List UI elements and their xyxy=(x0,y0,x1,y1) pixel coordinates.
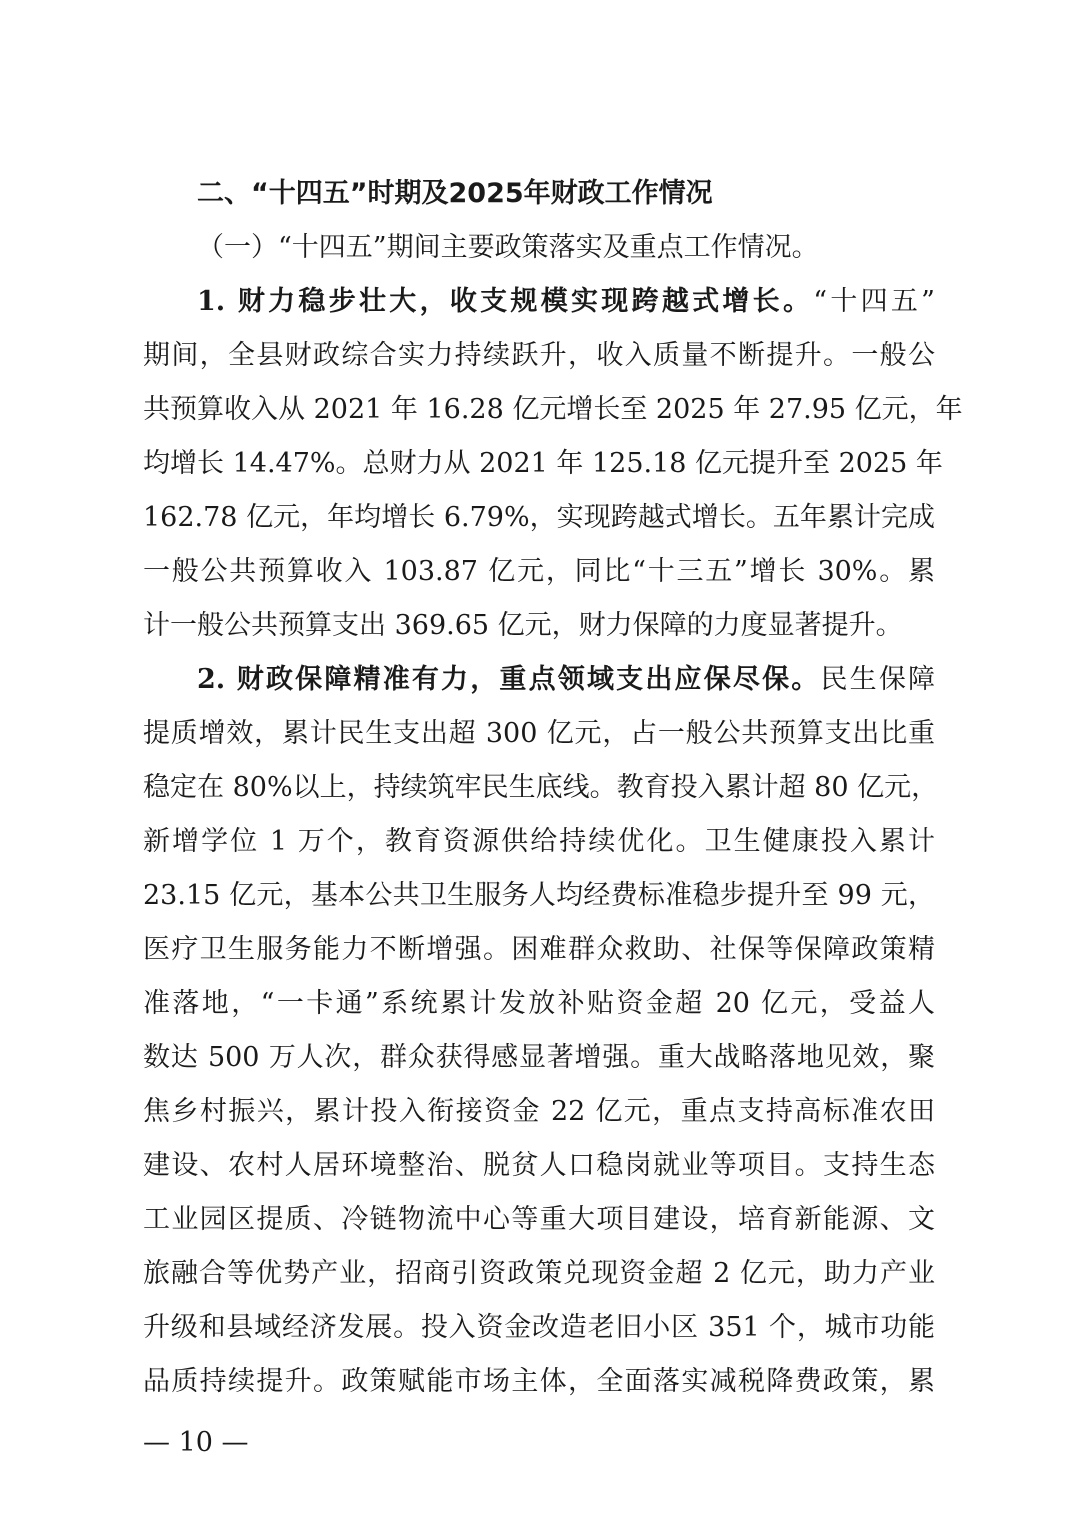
paragraph-2-line: 工业园区提质、冷链物流中心等重大项目建设，培育新能源、文 xyxy=(143,1193,935,1247)
subsection-heading: （一）“十四五”期间主要政策落实及重点工作情况。 xyxy=(197,221,935,275)
paragraph-2-line: 稳定在 80%以上，持续筑牢民生底线。教育投入累计超 80 亿元， xyxy=(143,761,935,815)
paragraph-2-line: 准落地，“一卡通”系统累计发放补贴资金超 20 亿元，受益人 xyxy=(143,977,935,1031)
paragraph-1-line: 期间，全县财政综合实力持续跃升，收入质量不断提升。一般公 xyxy=(143,329,935,383)
paragraph-1-line: 计一般公共预算支出 369.65 亿元，财力保障的力度显著提升。 xyxy=(143,599,935,653)
paragraph-2-lead: 2. 财政保障精准有力，重点领域支出应保尽保。 xyxy=(197,664,820,695)
paragraph-2-line: 焦乡村振兴，累计投入衔接资金 22 亿元，重点支持高标准农田 xyxy=(143,1085,935,1139)
paragraph-2-line: 数达 500 万人次，群众获得感显著增强。重大战略落地见效，聚 xyxy=(143,1031,935,1085)
paragraph-2-line: 提质增效，累计民生支出超 300 亿元，占一般公共预算支出比重 xyxy=(143,707,935,761)
paragraph-2-line: 医疗卫生服务能力不断增强。困难群众救助、社保等保障政策精 xyxy=(143,923,935,977)
section-heading: 二、“十四五”时期及2025年财政工作情况 xyxy=(197,167,713,221)
paragraph-2-line: 23.15 亿元，基本公共卫生服务人均经费标准稳步提升至 99 元， xyxy=(143,869,935,923)
paragraph-1-line: 均增长 14.47%。总财力从 2021 年 125.18 亿元提升至 2025… xyxy=(143,437,935,491)
paragraph-1-lead: 1. 财力稳步壮大，收支规模实现跨越式增长。 xyxy=(197,286,813,317)
paragraph-1-line: 162.78 亿元，年均增长 6.79%，实现跨越式增长。五年累计完成 xyxy=(143,491,935,545)
paragraph-2-line: 旅融合等优势产业，招商引资政策兑现资金超 2 亿元，助力产业 xyxy=(143,1247,935,1301)
page-number: — 10 — xyxy=(143,1423,249,1463)
paragraph-1-line: 共预算收入从 2021 年 16.28 亿元增长至 2025 年 27.95 亿… xyxy=(143,383,935,437)
paragraph-2-line-1: 2. 财政保障精准有力，重点领域支出应保尽保。民生保障 xyxy=(197,653,935,707)
paragraph-2-line: 品质持续提升。政策赋能市场主体，全面落实减税降费政策，累 xyxy=(143,1355,935,1409)
paragraph-2-line: 新增学位 1 万个，教育资源供给持续优化。卫生健康投入累计 xyxy=(143,815,935,869)
paragraph-1-line-1: 1. 财力稳步壮大，收支规模实现跨越式增长。“十四五” xyxy=(197,275,935,329)
paragraph-1-line: 一般公共预算收入 103.87 亿元，同比“十三五”增长 30%。累 xyxy=(143,545,935,599)
document-page: 二、“十四五”时期及2025年财政工作情况 （一）“十四五”期间主要政策落实及重… xyxy=(0,0,1074,1520)
paragraph-2-line: 建设、农村人居环境整治、脱贫人口稳岗就业等项目。支持生态 xyxy=(143,1139,935,1193)
paragraph-2-line: 升级和县域经济发展。投入资金改造老旧小区 351 个，城市功能 xyxy=(143,1301,935,1355)
